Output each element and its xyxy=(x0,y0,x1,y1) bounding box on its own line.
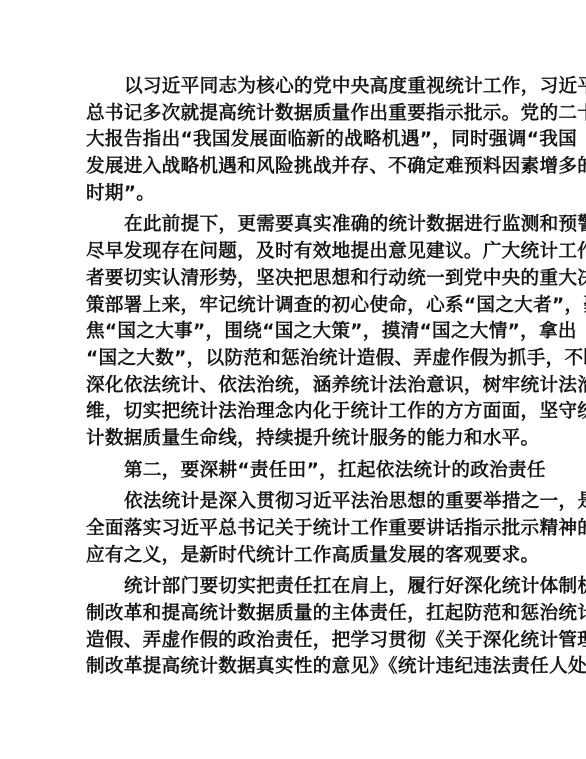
text-line: 尽早发现存在问题，及时有效地提出意见建议。广大统计工作 xyxy=(86,239,498,266)
text-line: 制改革提高统计数据真实性的意见》《统计违纪违法责任人处分 xyxy=(86,654,498,681)
text-line: “国之大数”，以防范和惩治统计造假、弄虚作假为抓手，不断 xyxy=(86,346,498,373)
paragraph-3: 依法统计是深入贯彻习近平法治思想的重要举措之一，是 全面落实习近平总书记关于统计… xyxy=(86,489,498,569)
text-line: 在此前提下，更需要真实准确的统计数据进行监测和预警， xyxy=(86,212,498,239)
text-line: 全面落实习近平总书记关于统计工作重要讲话指示批示精神的 xyxy=(86,516,498,543)
text-line: 大报告指出“我国发展面临新的战略机遇”，同时强调“我国 xyxy=(86,127,498,154)
text-line: 计数据质量生命线，持续提升统计服务的能力和水平。 xyxy=(86,426,498,453)
text-line: 依法统计是深入贯彻习近平法治思想的重要举措之一，是 xyxy=(86,489,498,516)
paragraph-4: 统计部门要切实把责任扛在肩上，履行好深化统计体制机 制改革和提高统计数据质量的主… xyxy=(86,574,498,681)
paragraph-2: 在此前提下，更需要真实准确的统计数据进行监测和预警， 尽早发现存在问题，及时有效… xyxy=(86,212,498,452)
document-page: 以习近平同志为核心的党中央高度重视统计工作，习近平 总书记多次就提高统计数据质量… xyxy=(86,74,498,686)
text-line: 时期”。 xyxy=(86,181,498,208)
text-line: 策部署上来，牢记统计调查的初心使命，心系“国之大者”，聚 xyxy=(86,293,498,320)
text-line: 造假、弄虚作假的政治责任，把学习贯彻《关于深化统计管理体 xyxy=(86,628,498,655)
text-line: 以习近平同志为核心的党中央高度重视统计工作，习近平 xyxy=(86,74,498,101)
text-line: 焦“国之大事”，围绕“国之大策”，摸清“国之大情”，拿出 xyxy=(86,319,498,346)
paragraph-1: 以习近平同志为核心的党中央高度重视统计工作，习近平 总书记多次就提高统计数据质量… xyxy=(86,74,498,207)
text-line: 维，切实把统计法治理念内化于统计工作的方方面面，坚守统 xyxy=(86,399,498,426)
text-line: 统计部门要切实把责任扛在肩上，履行好深化统计体制机 xyxy=(86,574,498,601)
text-line: 深化依法统计、依法治统，涵养统计法治意识，树牢统计法治思 xyxy=(86,373,498,400)
text-line: 应有之义，是新时代统计工作高质量发展的客观要求。 xyxy=(86,543,498,570)
text-line: 总书记多次就提高统计数据质量作出重要指示批示。党的二十 xyxy=(86,101,498,128)
text-line: 发展进入战略机遇和风险挑战并存、不确定难预料因素增多的 xyxy=(86,154,498,181)
text-line: 制改革和提高统计数据质量的主体责任，扛起防范和惩治统计 xyxy=(86,601,498,628)
section-heading: 第二，要深耕“责任田”，扛起依法统计的政治责任 xyxy=(86,458,498,485)
text-line: 者要切实认清形势，坚决把思想和行动统一到党中央的重大决 xyxy=(86,266,498,293)
heading-line: 第二，要深耕“责任田”，扛起依法统计的政治责任 xyxy=(86,458,498,485)
